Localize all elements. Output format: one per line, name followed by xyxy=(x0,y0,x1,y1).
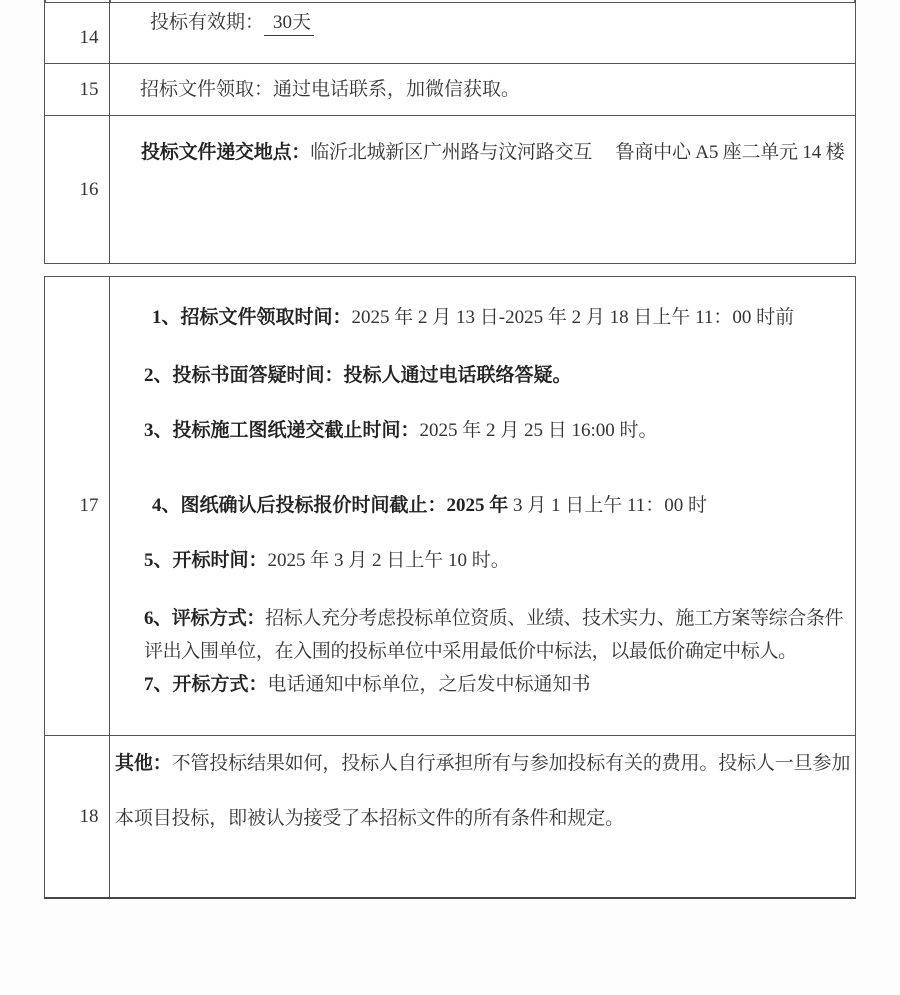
bid-validity-label: 投标有效期： xyxy=(150,12,264,33)
item-5-text: 2025 年 3 月 2 日上午 10 时。 xyxy=(268,550,510,571)
item-6-label: 6、评标方式： xyxy=(144,608,265,629)
bid-validity-value: 30天 xyxy=(264,12,314,36)
row-15-content-cell: 招标文件领取：通过电话联系，加微信获取。 xyxy=(110,64,855,115)
table-row-15: 15 招标文件领取：通过电话联系，加微信获取。 xyxy=(45,63,855,115)
item-4-text: 3 月 1 日上午 11：00 时 xyxy=(508,495,707,516)
item-6-text-line1: 招标人充分考虑投标单位资质、业绩、技术实力、施工方案等综合条件 xyxy=(265,608,843,629)
item-3-label: 3、投标施工图纸递交截止时间： xyxy=(144,420,420,441)
tender-table-lower: 17 1、招标文件领取时间：2025 年 2 月 13 日-2025 年 2 月… xyxy=(44,276,856,899)
table-row-18: 18 其他：不管投标结果如何，投标人自行承担所有与参加投标有关的费用。投标人一旦… xyxy=(45,735,855,897)
item-4-label: 4、图纸确认后投标报价时间截止：2025 年 xyxy=(152,495,508,516)
row-15-number-cell: 15 xyxy=(45,64,110,115)
row-number: 14 xyxy=(80,27,99,49)
item-1-text: 2025 年 2 月 13 日-2025 年 2 月 18 日上午 11：00 … xyxy=(352,307,795,328)
row-number: 17 xyxy=(80,495,99,517)
other-terms-text-line2: 本项目投标，即被认为接受了本招标文件的所有条件和规定。 xyxy=(115,808,624,829)
table-row-16: 16 投标文件递交地点：临沂北城新区广州路与汶河路交互 鲁商中心 A5 座二单元… xyxy=(45,115,855,263)
schedule-item-1: 1、招标文件领取时间：2025 年 2 月 13 日-2025 年 2 月 18… xyxy=(144,301,855,334)
submission-address-label: 投标文件递交地点： xyxy=(141,142,310,163)
row-number: 18 xyxy=(80,806,99,828)
schedule-item-3: 3、投标施工图纸递交截止时间：2025 年 2 月 25 日 16:00 时。 xyxy=(144,414,855,447)
row-16-content-cell: 投标文件递交地点：临沂北城新区广州路与汶河路交互 鲁商中心 A5 座二单元 14… xyxy=(110,116,855,263)
item-3-text: 2025 年 2 月 25 日 16:00 时。 xyxy=(420,420,658,441)
item-1-label: 1、招标文件领取时间： xyxy=(152,307,352,328)
row-17-number-cell: 17 xyxy=(45,277,110,735)
schedule-item-5: 5、开标时间：2025 年 3 月 2 日上午 10 时。 xyxy=(144,544,855,577)
schedule-item-6: 6、评标方式：招标人充分考虑投标单位资质、业绩、技术实力、施工方案等综合条件评出… xyxy=(144,602,855,668)
row-18-content-cell: 其他：不管投标结果如何，投标人自行承担所有与参加投标有关的费用。投标人一旦参加本… xyxy=(110,736,860,897)
table-row-14: 14 投标有效期：30天 xyxy=(45,3,855,63)
row-18-number-cell: 18 xyxy=(45,736,110,897)
row-number: 16 xyxy=(80,179,99,201)
row-17-content-cell: 1、招标文件领取时间：2025 年 2 月 13 日-2025 年 2 月 18… xyxy=(110,277,855,735)
item-7-label: 7、开标方式： xyxy=(144,674,268,695)
document-collection-text: 招标文件领取：通过电话联系，加微信获取。 xyxy=(140,79,520,101)
schedule-item-7: 7、开标方式：电话通知中标单位，之后发中标通知书 xyxy=(144,668,855,701)
tender-table-upper: 14 投标有效期：30天 15 招标文件领取：通过电话联系，加微信获取。 16 … xyxy=(44,2,856,264)
item-7-text: 电话通知中标单位，之后发中标通知书 xyxy=(268,674,591,695)
other-terms-label: 其他： xyxy=(115,753,172,774)
tender-document-page: 14 投标有效期：30天 15 招标文件领取：通过电话联系，加微信获取。 16 … xyxy=(0,0,900,995)
table-row-17: 17 1、招标文件领取时间：2025 年 2 月 13 日-2025 年 2 月… xyxy=(45,277,855,735)
schedule-item-2: 2、投标书面答疑时间：投标人通过电话联络答疑。 xyxy=(144,359,855,392)
row-14-number-cell: 14 xyxy=(45,3,110,63)
submission-address-text: 临沂北城新区广州路与汶河路交互 鲁商中心 A5 座二单元 14 楼 xyxy=(310,142,844,163)
row-16-number-cell: 16 xyxy=(45,116,110,263)
row-14-content-cell: 投标有效期：30天 xyxy=(110,3,855,63)
item-5-label: 5、开标时间： xyxy=(144,550,268,571)
schedule-item-4: 4、图纸确认后投标报价时间截止：2025 年 3 月 1 日上午 11：00 时 xyxy=(144,489,855,522)
item-2-label: 2、投标书面答疑时间：投标人通过电话联络答疑。 xyxy=(144,365,572,386)
other-terms-text-line1: 不管投标结果如何，投标人自行承担所有与参加投标有关的费用。投标人一旦参加 xyxy=(172,753,851,774)
row-number: 15 xyxy=(80,79,99,101)
item-6-text-line2: 评出入围单位，在入围的投标单位中采用最低价中标法，以最低价确定中标人。 xyxy=(144,641,797,662)
